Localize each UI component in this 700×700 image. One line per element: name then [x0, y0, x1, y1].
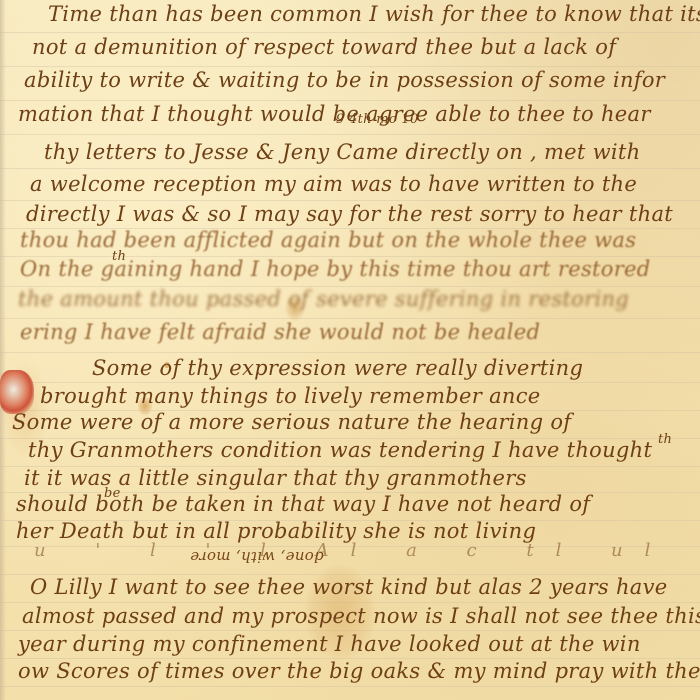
- interlinear-note: th: [112, 249, 126, 264]
- letter-line: ability to write & waiting to be in poss…: [24, 68, 665, 92]
- letter-line: a welcome reception my aim was to have w…: [30, 172, 637, 196]
- letter-line: O Lilly I want to see thee worst kind bu…: [30, 575, 668, 599]
- ruled-line: [0, 134, 700, 135]
- ruled-line: [0, 318, 700, 319]
- ruled-line: [0, 200, 700, 201]
- letter-line: it it was a little singular that thy gra…: [24, 466, 527, 490]
- inverted-crossed-text: done, with, more: [190, 548, 440, 566]
- letter-line-blurred: the amount thou passed of severe sufferi…: [18, 287, 629, 311]
- letter-line: directly I was & so I may say for the re…: [26, 202, 673, 226]
- interlinear-note: th: [658, 432, 672, 447]
- letter-line: not a demunition of respect toward thee …: [32, 35, 616, 59]
- ruled-line: [0, 32, 700, 33]
- letter-line: mation that I thought would be agree abl…: [18, 102, 651, 126]
- letter-line: ering I have felt afraid she would not b…: [20, 320, 540, 344]
- letter-line: year during my confinement I have looked…: [18, 632, 641, 656]
- letter-line: Time than has been common I wish for the…: [48, 2, 700, 26]
- letter-line: thy Granmothers condition was tendering …: [28, 438, 652, 462]
- letter-line: almost passed and my prospect now is I s…: [22, 604, 700, 628]
- ruled-line: [0, 686, 700, 687]
- interlinear-date-note: 9 4th mo 10: [336, 112, 419, 127]
- paper-edge-shadow: [0, 0, 6, 700]
- letter-line: Some of thy expression were really diver…: [92, 356, 583, 380]
- letter-line: brought many things to lively remember a…: [40, 384, 541, 408]
- letter-page: Time than has been common I wish for the…: [0, 0, 700, 700]
- ruled-line: [0, 382, 700, 383]
- ruled-line: [0, 168, 700, 169]
- letter-line: should both be taken in that way I have …: [16, 492, 590, 516]
- ruled-line: [0, 352, 700, 353]
- letter-line: ow Scores of times over the big oaks & m…: [18, 659, 700, 683]
- ruled-line: [0, 100, 700, 101]
- interlinear-note: be: [104, 486, 121, 501]
- letter-line: thy letters to Jesse & Jeny Came directl…: [44, 140, 640, 164]
- letter-line: Some were of a more serious nature the h…: [12, 410, 571, 434]
- ruled-line: [0, 602, 700, 603]
- ruled-line: [0, 630, 700, 631]
- ruled-line: [0, 66, 700, 67]
